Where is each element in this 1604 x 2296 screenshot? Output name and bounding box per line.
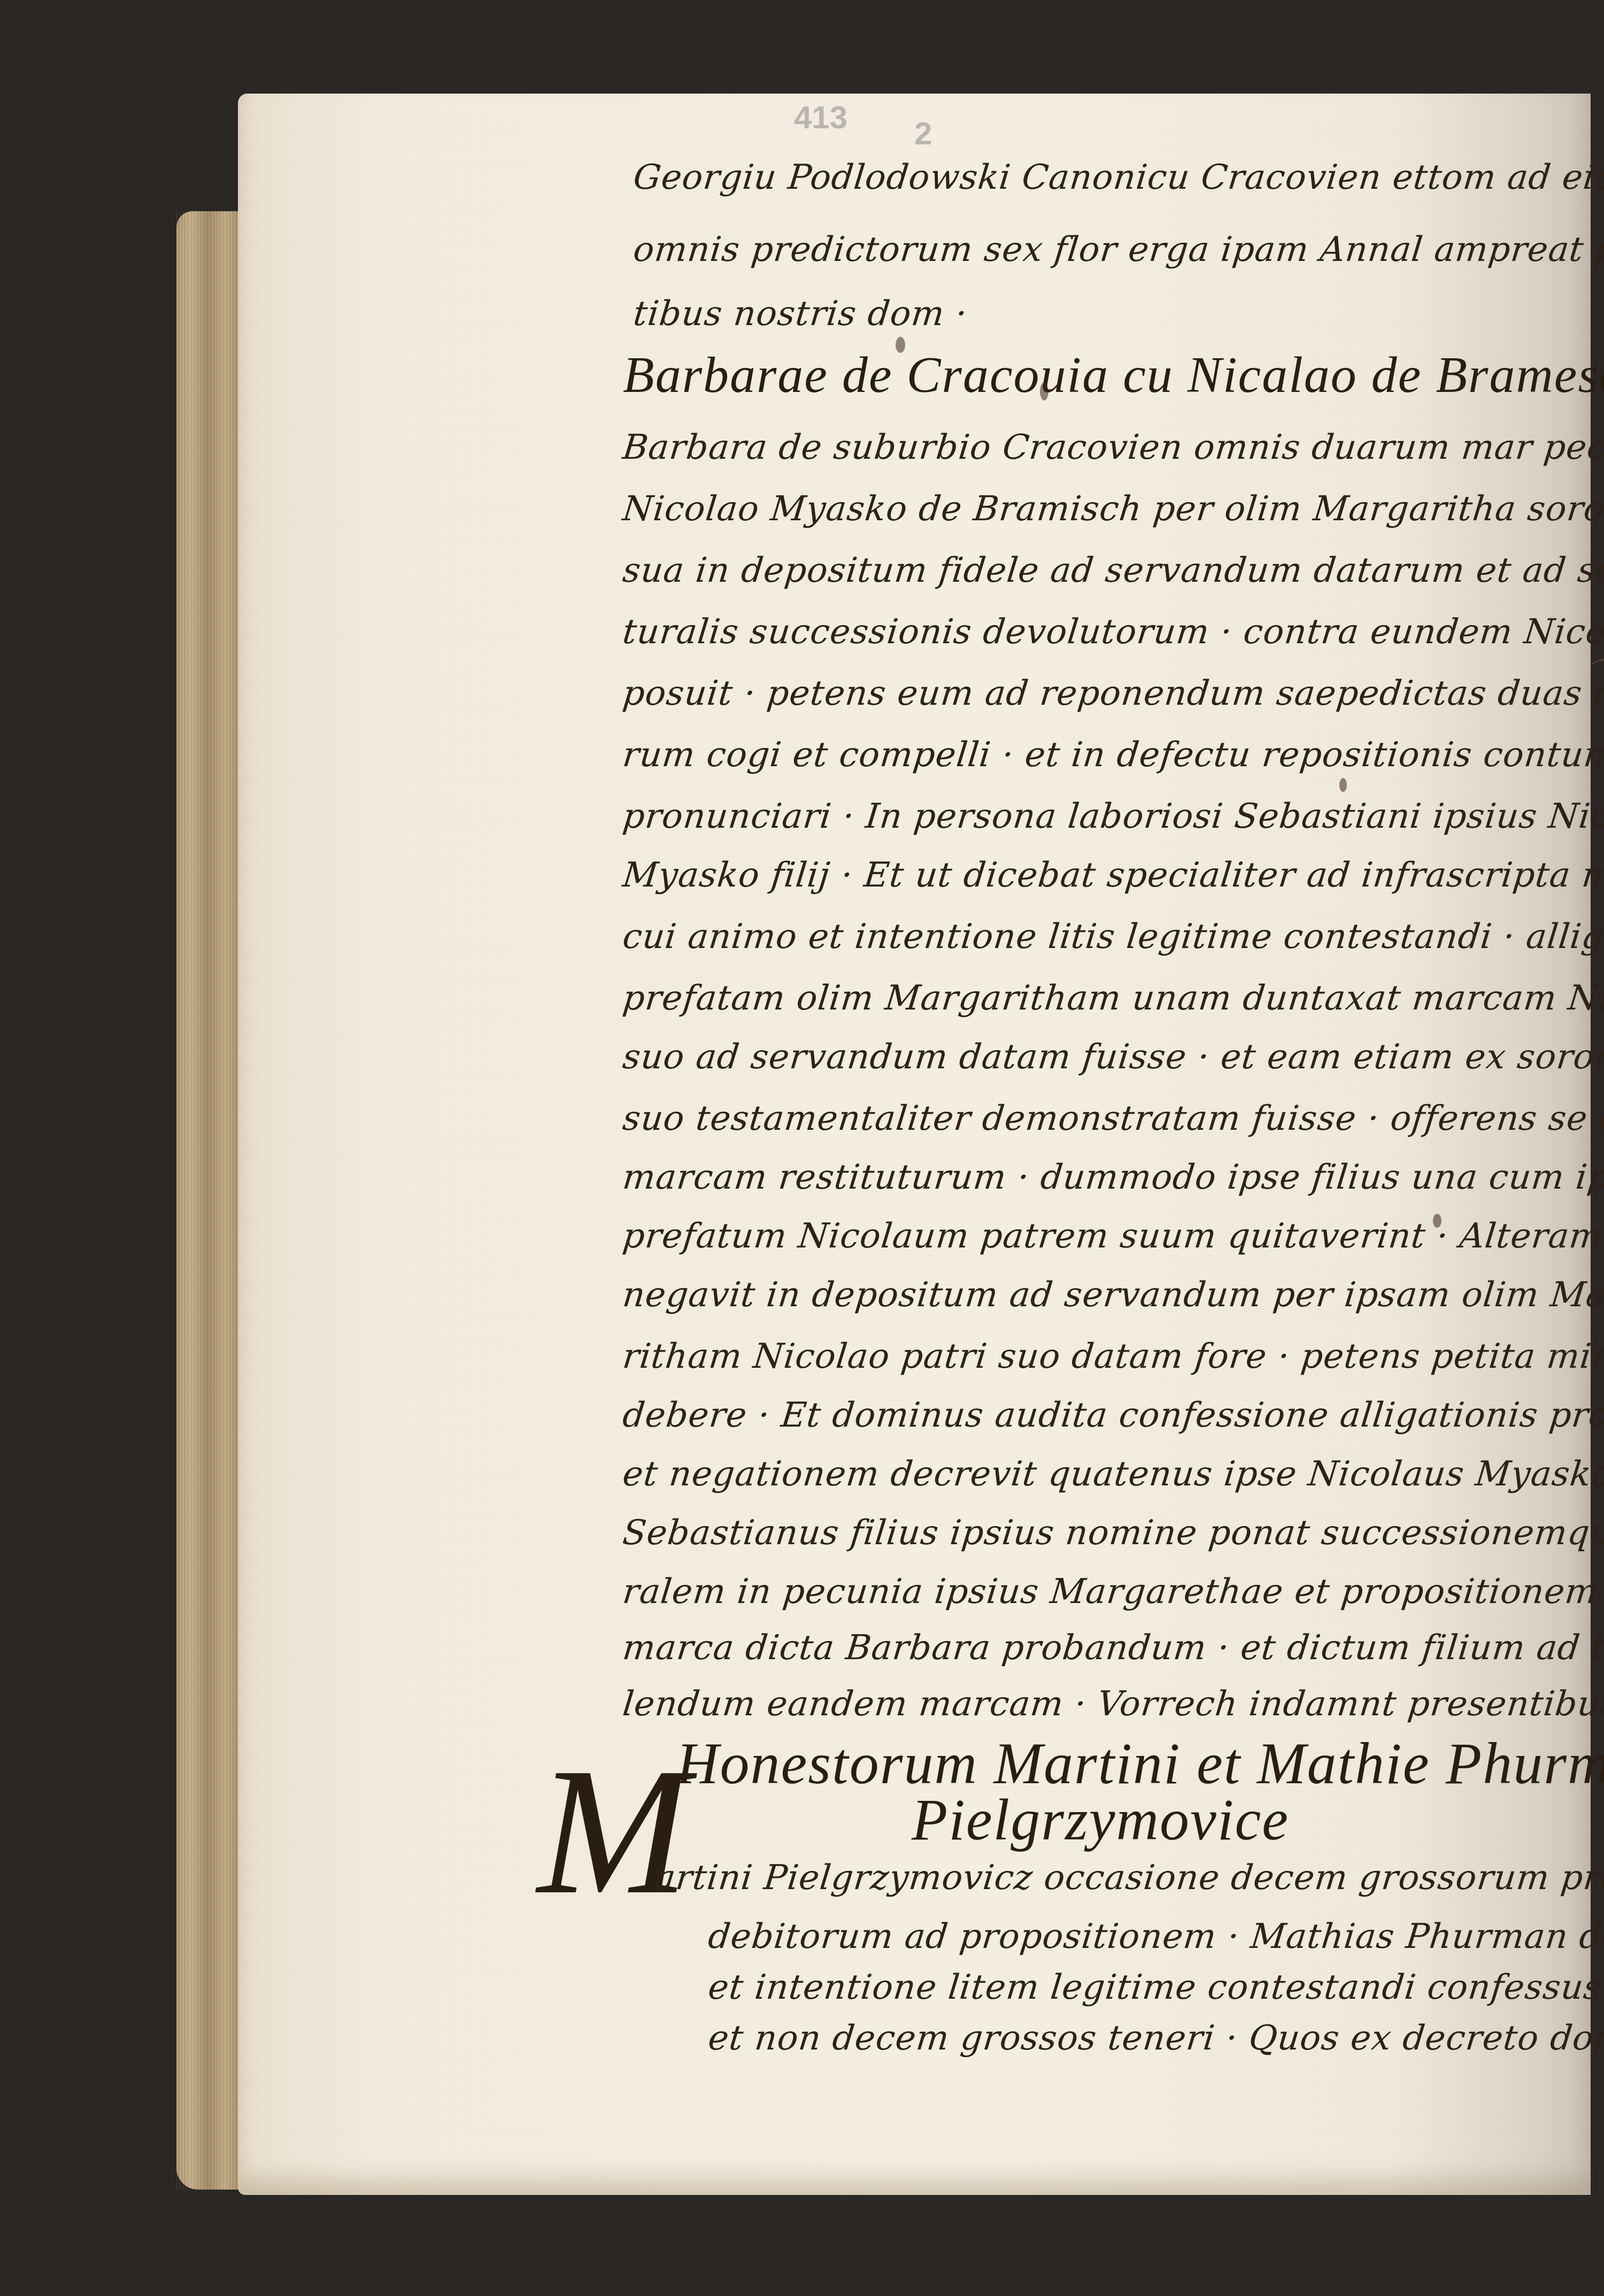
folio-stamp-secondary: 2 [914, 115, 932, 152]
ink-blot [1433, 1214, 1441, 1228]
text-line: et negationem decrevit quatenus ipse Nic… [621, 1454, 1604, 1494]
text-line: Myasko filij · Et ut dicebat specialiter… [621, 856, 1604, 895]
text-line: et non decem grossos teneri · Quos ex de… [706, 2018, 1604, 2058]
text-line: et intentione litem legitime contestandi… [706, 1968, 1604, 2007]
text-line: debitorum ad propositionem · Mathias Phu… [706, 1917, 1604, 1956]
text-line: prefatam olim Margaritham unam duntaxat … [621, 979, 1604, 1018]
text-line: cui animo et intentione litis legitime c… [621, 917, 1604, 957]
ink-blot [1040, 382, 1048, 400]
text-line: suo ad servandum datam fuisse · et eam e… [621, 1037, 1604, 1077]
margin-annotation: ⌒ [1591, 644, 1604, 706]
text-line: Barbara de suburbio Cracovien omnis duar… [621, 428, 1604, 467]
text-line: turalis successionis devolutorum · contr… [621, 612, 1604, 652]
folio-stamp: 413 [794, 99, 847, 136]
text-line: tibus nostris dom · [631, 294, 969, 334]
text-line: artini Pielgrzymovicz occasione decem gr… [653, 1858, 1604, 1898]
text-line: Georgiu Podlodowski Canonicu Cracovien e… [631, 158, 1604, 197]
entry-heading: Barbarae de Cracouia cu Nicalao de Brame… [623, 345, 1604, 404]
text-line: rum cogi et compelli · et in defectu rep… [621, 735, 1604, 775]
text-line: omnis predictorum sex flor erga ipam Ann… [631, 230, 1604, 269]
text-line: debere · Et dominus audita confessione a… [621, 1396, 1604, 1435]
book-fore-edge [176, 211, 246, 2190]
text-line: ralem in pecunia ipsius Margarethae et p… [621, 1572, 1604, 1612]
text-line: posuit · petens eum ad reponendum saeped… [621, 674, 1604, 713]
text-line: ritham Nicolao patri suo datam fore · pe… [621, 1337, 1604, 1376]
text-line: pronunciari · In persona laboriosi Sebas… [621, 797, 1604, 836]
ink-blot [1339, 778, 1347, 792]
text-line: sua in depositum fidele ad servandum dat… [621, 551, 1604, 590]
text-line: negavit in depositum ad servandum per ip… [621, 1275, 1604, 1315]
text-line: Nicolao Myasko de Bramisch per olim Marg… [621, 489, 1604, 529]
text-line: lendum eandem marcam · Vorrech indamnt p… [621, 1684, 1604, 1724]
text-line: Sebastianus filius ipsius nomine ponat s… [621, 1513, 1604, 1553]
text-line: marcam restituturum · dummodo ipse filiu… [621, 1158, 1604, 1197]
manuscript-page: 413 2 Georgiu Podlodowski Canonicu Craco… [238, 94, 1591, 2195]
open-book: 413 2 Georgiu Podlodowski Canonicu Craco… [107, 94, 1593, 2211]
text-line: prefatum Nicolaum patrem suum quitaverin… [621, 1216, 1604, 1256]
entry-heading-continuation: Pielgrzymovice [912, 1786, 1289, 1854]
ink-blot [896, 337, 905, 353]
text-line: marca dicta Barbara probandum · et dictu… [621, 1628, 1604, 1668]
text-line: suo testamentaliter demonstratam fuisse … [621, 1099, 1604, 1138]
